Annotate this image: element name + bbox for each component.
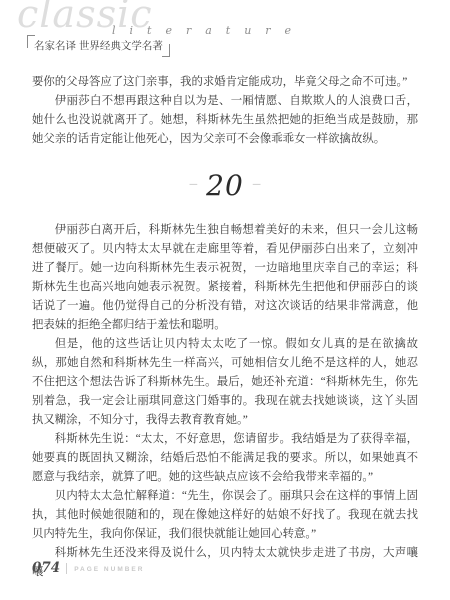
book-page: classic literature 名家名译 世界经典文学名著 要你的父母答应… [0,0,450,600]
paragraph-continuation: 要你的父母答应了这门亲事，我的求婚肯定能成功，毕竟父母之命不可违。” [32,73,418,92]
paragraph: 但是，他的这些话让贝内特太太吃了一惊。假如女儿真的是在欲擒故纵，那她自然和科斯林… [32,335,418,430]
page-number: 074 [32,560,60,576]
chapter-heading: –20– [32,162,418,206]
paragraph: 科斯林先生说：“太太，不好意思，您请留步。我结婚是为了获得幸福，她要真的既固执又… [32,430,418,487]
series-title-label: 名家名译 世界经典文学名著 [27,35,170,57]
page-body: 要你的父母答应了这门亲事，我的求婚肯定能成功，毕竟父母之命不可违。” 伊丽莎白不… [32,73,418,582]
page-number-label: PAGE NUMBER [74,564,144,573]
page-footer: 074 PAGE NUMBER [32,560,144,576]
chapter-number: 20 [206,169,244,202]
paragraph: 伊丽莎白不想再跟这种自以为是、一厢情愿、自欺欺人的人浪费口舌，她什么也没说就离开… [32,92,418,149]
paragraph: 伊丽莎白离开后，科斯林先生独自畅想着美好的未来，但只一会儿这畅想便破灭了。贝内特… [32,221,418,335]
paragraph: 贝内特太太急忙解释道：“先生，你误会了。丽琪只会在这样的事情上固执，其他时候她很… [32,487,418,544]
chapter-dash-right: – [253,176,261,192]
chapter-dash-left: – [190,176,198,192]
footer-divider [66,563,67,574]
